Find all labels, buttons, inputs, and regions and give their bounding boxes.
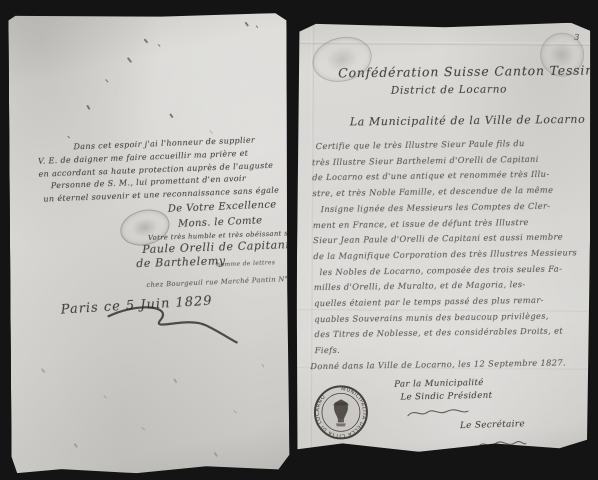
ink-speck [74,443,78,448]
ink-speck [256,25,259,28]
ink-speck [67,136,70,139]
secretary-signature-scribble [476,436,528,452]
signature-line: Le Secrétaire [460,419,525,431]
ink-speck [170,113,174,118]
ink-speck [173,378,177,383]
certificate-body: Certifie que le très Illustre Sieur Paul… [312,135,585,359]
certificate-salutation: La Municipalité de la Ville de Locarno [350,113,586,129]
closing-excellence: De Votre Excellence [168,199,277,215]
ink-speck [261,364,264,368]
president-signature-scribble [406,406,470,420]
left-page-petition: Dans cet espoir j'ai l'honneur de suppli… [8,13,289,475]
address-line: chez Bourgeuil rue Marché Pantin N° 9 [146,275,289,289]
archival-scan-backdrop: Dans cet espoir j'ai l'honneur de suppli… [0,0,598,480]
ink-speck [103,395,106,399]
secretary-signature-block: Le Secrétaire [460,419,525,431]
ink-speck [233,410,237,414]
signature-name-line2: de Barthelemy [136,254,226,270]
ink-speck [214,452,218,457]
ink-speck [127,57,132,63]
certificate-heading-1: Confédération Suisse Canton Tessin [338,63,560,81]
municipality-signature-block: Par la Municipalité Le Sindic Président [394,377,492,405]
right-page-certificate: 3 Confédération Suisse Canton Tessin Dis… [296,21,592,459]
signature-line: Le Sindic Président [394,390,492,405]
ink-speck [210,130,213,134]
ink-speck [87,105,91,110]
signature-note: homme de lettres [216,259,275,268]
certificate-heading-2: District de Locarno [338,83,560,98]
locarno-dateline: Donné dans la Ville de Locarno, les 12 S… [310,357,566,371]
ink-speck [158,44,161,47]
ink-speck [105,79,109,83]
ink-speck [245,22,249,27]
ink-speck [41,368,45,373]
dateline-flourish [102,297,242,346]
closing-comte: Mons. le Comte [178,215,263,230]
municipal-seal: MUNICIPALITA DELLA CITTA DI LOCARNO [312,383,370,441]
ink-speck [144,38,148,43]
petition-paragraph: Dans cet espoir j'ai l'honneur de suppli… [37,134,275,207]
ink-speck [141,427,145,430]
